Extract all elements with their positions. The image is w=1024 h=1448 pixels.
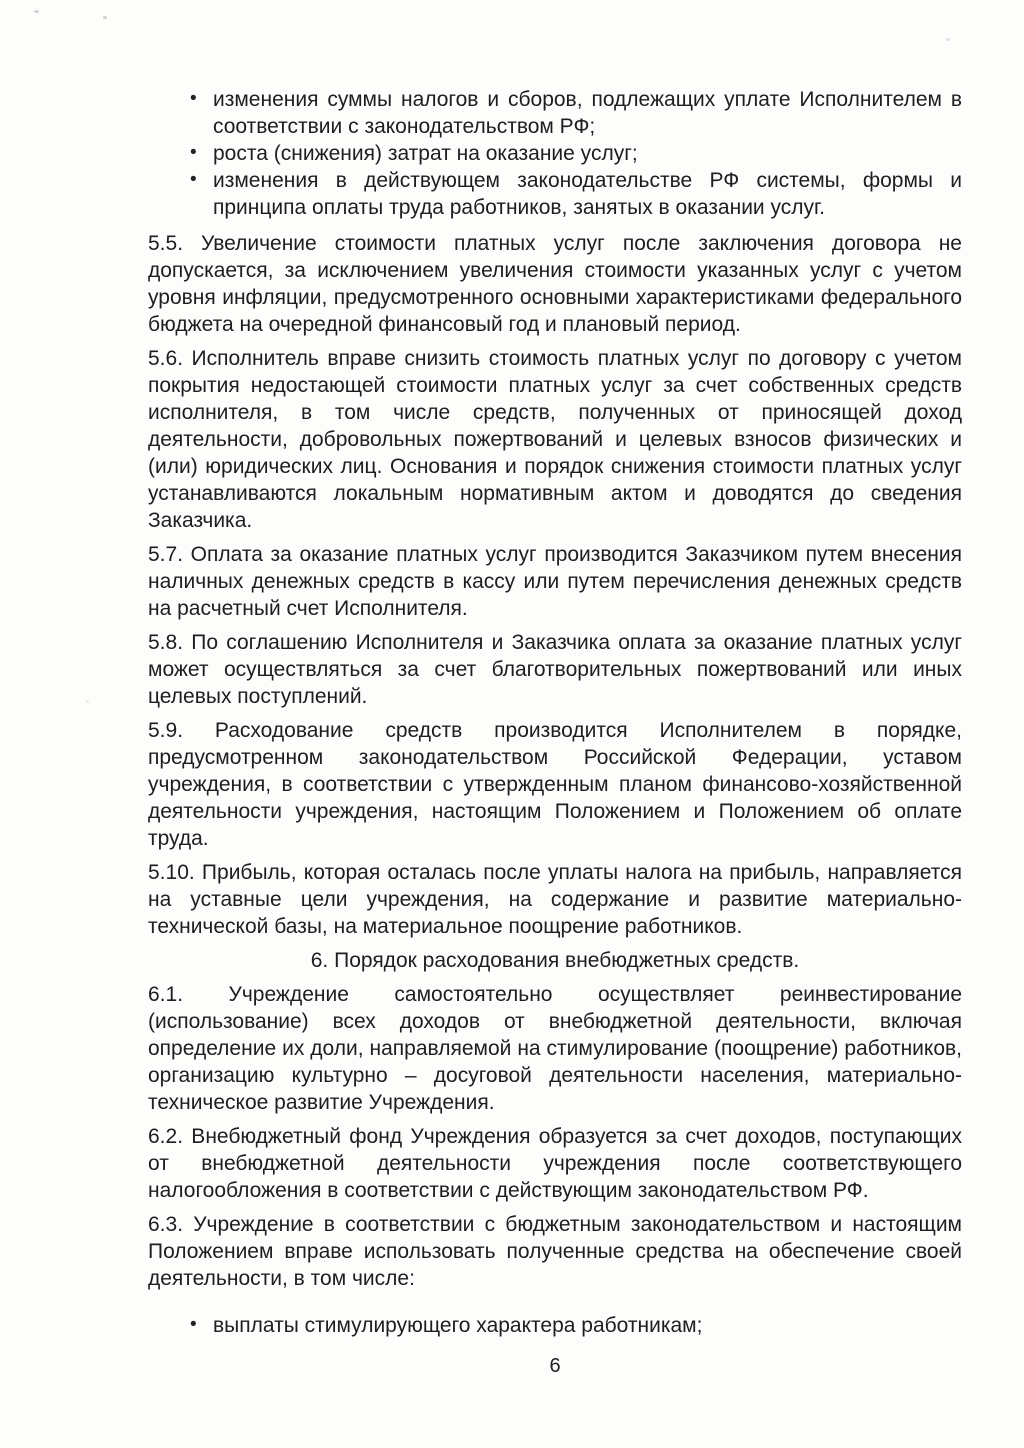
bullet-icon: • bbox=[190, 166, 197, 193]
list-item: • роста (снижения) затрат на оказание ус… bbox=[148, 140, 962, 167]
list-item-text: выплаты стимулирующего характера работни… bbox=[213, 1314, 702, 1337]
list-item-text: изменения суммы налогов и сборов, подлеж… bbox=[213, 88, 962, 138]
bullet-list-top: • изменения суммы налогов и сборов, подл… bbox=[148, 86, 962, 221]
document-page: • изменения суммы налогов и сборов, подл… bbox=[0, 0, 1024, 1448]
bullet-icon: • bbox=[190, 139, 197, 166]
paragraph-5-5: 5.5. Увеличение стоимости платных услуг … bbox=[148, 230, 962, 338]
scan-speck bbox=[34, 10, 39, 13]
section-6-heading: 6. Порядок расходования внебюджетных сре… bbox=[148, 947, 962, 974]
document-content: • изменения суммы налогов и сборов, подл… bbox=[148, 86, 962, 1380]
paragraph-5-10: 5.10. Прибыль, которая осталась после уп… bbox=[148, 859, 962, 940]
list-item-text: роста (снижения) затрат на оказание услу… bbox=[213, 142, 638, 165]
paragraph-6-1: 6.1. Учреждение самостоятельно осуществл… bbox=[148, 981, 962, 1116]
paragraph-6-2: 6.2. Внебюджетный фонд Учреждения образу… bbox=[148, 1123, 962, 1204]
list-item-text: изменения в действующем законодательстве… bbox=[213, 169, 962, 219]
list-item: • изменения в действующем законодательст… bbox=[148, 167, 962, 221]
paragraph-5-6: 5.6. Исполнитель вправе снизить стоимост… bbox=[148, 345, 962, 534]
paragraph-5-7: 5.7. Оплата за оказание платных услуг пр… bbox=[148, 541, 962, 622]
scan-speck bbox=[946, 38, 950, 41]
bullet-list-bottom: • выплаты стимулирующего характера работ… bbox=[148, 1312, 962, 1339]
list-item: • изменения суммы налогов и сборов, подл… bbox=[148, 86, 962, 140]
paragraph-5-8: 5.8. По соглашению Исполнителя и Заказчи… bbox=[148, 629, 962, 710]
paragraph-6-3: 6.3. Учреждение в соответствии с бюджетн… bbox=[148, 1211, 962, 1292]
paragraph-5-9: 5.9. Расходование средств производится И… bbox=[148, 717, 962, 852]
list-item: • выплаты стимулирующего характера работ… bbox=[148, 1312, 962, 1339]
bullet-icon: • bbox=[190, 85, 197, 112]
bullet-icon: • bbox=[190, 1311, 197, 1338]
scan-speck bbox=[103, 16, 107, 19]
scan-speck bbox=[86, 700, 89, 703]
page-number: 6 bbox=[148, 1353, 962, 1380]
